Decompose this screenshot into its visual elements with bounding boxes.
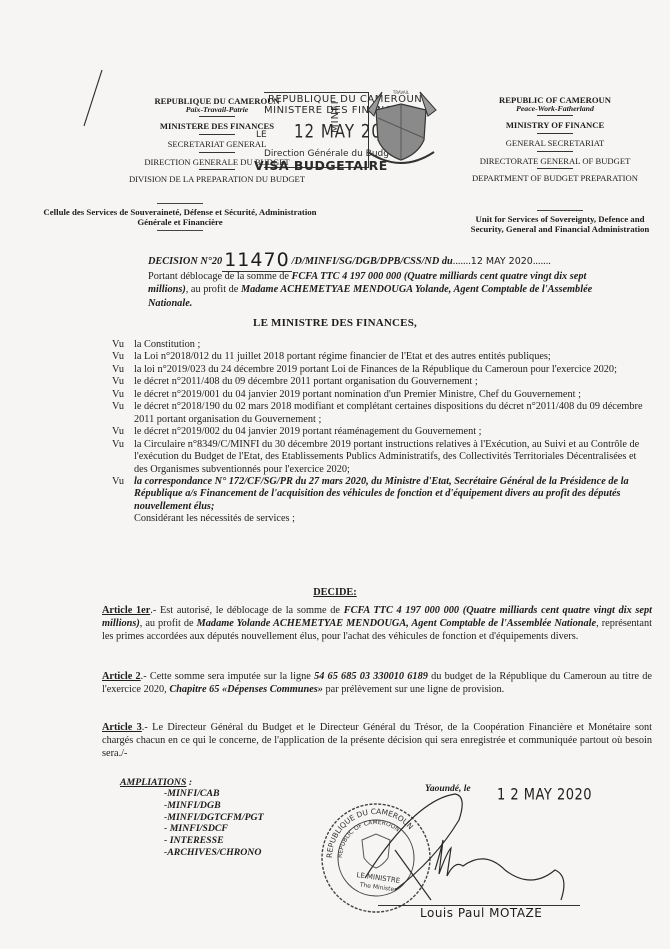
visa-text: le décret n°2018/190 du 02 mars 2018 mod… [134,401,652,426]
ampliation-item: -MINFI/CAB [164,788,264,800]
secretariat-en: GENERAL SECRETARIAT [455,139,655,148]
unit-fr: Cellule des Services de Souveraineté, Dé… [30,200,330,234]
visa-text: le décret n°2011/408 du 09 décembre 2011… [134,376,652,388]
visas-list: Vula Constitution ; Vula Loi n°2018/012 … [112,339,652,526]
article-sep: .- [141,671,150,682]
ampliations-list: -MINFI/CAB -MINFI/DGB -MINFI/DGTCFM/PGT … [120,788,264,859]
divider [199,116,235,117]
decision-prefix: DECISION N°20 [148,256,222,267]
article-3: Article 3.- Le Directeur Général du Budg… [102,721,652,760]
divider [199,169,235,170]
divider [537,151,573,152]
coat-of-arms-icon: TRAVAIL [362,88,440,172]
divider [537,210,583,211]
motto-en: Peace-Work-Fatherland [455,105,655,113]
vu-keyword: Vu [112,439,134,476]
visa-item: Vula Constitution ; [112,339,652,351]
visa-text: le décret n°2019/002 du 04 janvier 2019 … [134,426,652,438]
directorate-en: DIRECTORATE GENERAL OF BUDGET [455,157,655,166]
vu-keyword: Vu [112,351,134,363]
visa-text: le décret n°2019/001 du 04 janvier 2019 … [134,389,652,401]
visa-item: Vule décret n°2019/001 du 04 janvier 201… [112,389,652,401]
visa-item: Vule décret n°2018/190 du 02 mars 2018 m… [112,401,652,426]
divider [199,134,235,135]
vu-keyword: Vu [112,389,134,401]
division-fr: DIVISION DE LA PREPARATION DU BUDGET [112,175,322,184]
pen-mark [78,68,108,128]
divider [199,152,235,153]
article-text: Le Directeur Général du Budget et le Dir… [102,722,652,759]
ampliation-item: -ARCHIVES/CHRONO [164,847,264,859]
ampliation-item: - INTERESSE [164,835,264,847]
article-beneficiary: Madame Yolande ACHEMETYAE MENDOUGA, Agen… [197,618,597,629]
article-sep: .- [142,722,152,733]
decision-heading: DECISION N°2011470/D/MINFI/SG/DGB/DPB/CS… [148,246,628,310]
dots: ....... [453,256,471,267]
article-text: Cette somme sera imputée sur la ligne [150,671,314,682]
divider [537,168,573,169]
vu-keyword: Vu [112,339,134,351]
ampliations: AMPLIATIONS : -MINFI/CAB -MINFI/DGB -MIN… [120,777,264,859]
article-label: Article 1er [102,605,150,616]
vu-keyword: Vu [112,476,134,513]
article-sep: .- [150,605,160,616]
dots: ....... [533,256,551,267]
visa-budgetaire-stamp: REPUBLIQUE DU CAMEROUN MINISTERE DES FIN… [264,92,369,168]
visa-text: la Circulaire n°8349/C/MINFI du 30 décem… [134,439,652,476]
budget-line: 54 65 685 03 330010 6189 [314,671,428,682]
vu-keyword: Vu [112,376,134,388]
decide-heading: DECIDE: [0,587,670,598]
coat-scroll-text: TRAVAIL [392,90,410,95]
ampliations-heading: AMPLIATIONS [120,777,186,788]
decision-document: REPUBLIQUE DU CAMEROUN Paix-Travail-Patr… [0,0,670,949]
object-intro: Portant déblocage de la somme de [148,271,292,282]
visa-item: Vula Loi n°2018/012 du 11 juillet 2018 p… [112,351,652,363]
visa-item: Vule décret n°2019/002 du 04 janvier 201… [112,426,652,438]
division-en: DEPARTMENT OF BUDGET PREPARATION [455,174,655,183]
article-text: Est autorisé, le déblocage de la somme d… [160,605,344,616]
considering: Considérant les nécessités de services ; [112,513,652,525]
vu-keyword: Vu [112,401,134,426]
visa-item: Vula correspondance N° 172/CF/SG/PR du 2… [112,476,652,513]
ampliation-item: -MINFI/DGB [164,800,264,812]
divider [537,133,573,134]
minister-title: LE MINISTRE DES FINANCES, [0,317,670,329]
visa-text: la Loi n°2018/012 du 11 juillet 2018 por… [134,351,652,363]
unit-en-text: Unit for Services of Sovereignty, Defenc… [471,214,650,234]
visa-item: Vula loi n°2019/023 du 24 décembre 2019 … [112,364,652,376]
colon: : [186,777,192,788]
decision-date: 12 MAY 2020 [471,256,533,267]
article-label: Article 2 [102,671,141,682]
header-english: REPUBLIC OF CAMEROUN Peace-Work-Fatherla… [455,96,655,183]
ministry-en: MINISTRY OF FINANCE [455,121,655,130]
unit-en: Unit for Services of Sovereignty, Defenc… [460,207,660,234]
decision-object: Portant déblocage de la somme de FCFA TT… [148,270,628,310]
divider [157,230,203,231]
stamp-le: LE [256,130,267,140]
divider [157,203,203,204]
unit-fr-text: Cellule des Services de Souveraineté, Dé… [43,207,316,227]
vu-keyword: Vu [112,426,134,438]
budget-chapter: Chapitre 65 «Dépenses Communes» [169,684,323,695]
article-1: Article 1er.- Est autorisé, le déblocage… [102,604,652,643]
visa-item: Vule décret n°2011/408 du 09 décembre 20… [112,376,652,388]
visa-correspondence: la correspondance N° 172/CF/SG/PR du 27 … [134,476,652,513]
ampliation-item: - MINFI/SDCF [164,823,264,835]
decision-number: 11470 [222,249,291,272]
visa-text: la loi n°2019/023 du 24 décembre 2019 po… [134,364,652,376]
signatory-name: Louis Paul MOTAZE [420,906,542,920]
decision-reference: /D/MINFI/SG/DGB/DPB/CSS/ND du [292,256,453,267]
article-text: , au profit de [140,618,197,629]
ampliation-item: -MINFI/DGTCFM/PGT [164,812,264,824]
article-2: Article 2.- Cette somme sera imputée sur… [102,670,652,696]
visa-item: Vula Circulaire n°8349/C/MINFI du 30 déc… [112,439,652,476]
article-label: Article 3 [102,722,142,733]
stamp-vertical: MINFI [330,100,341,133]
object-mid: , au profit de [186,284,241,295]
handwritten-signature [355,790,585,910]
divider [537,115,573,116]
visa-text: la Constitution ; [134,339,652,351]
article-text: par prélèvement sur une ligne de provisi… [323,684,504,695]
vu-keyword: Vu [112,364,134,376]
